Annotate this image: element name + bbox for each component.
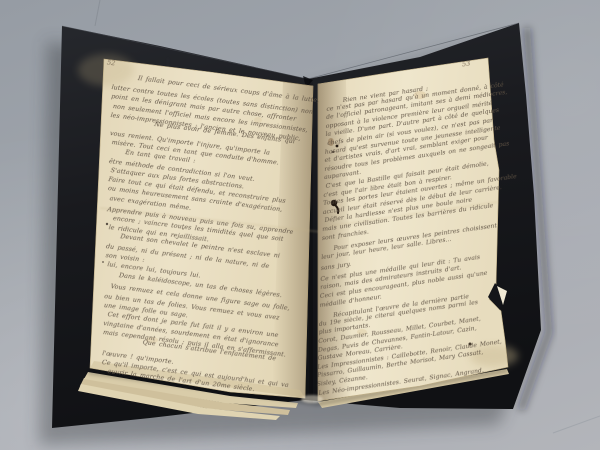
ink-speck — [102, 261, 104, 263]
left-page-number: 52 — [107, 59, 116, 68]
right-page-text: Rien ne vient par hasard ;ce n'est pas p… — [316, 97, 495, 398]
photo-of-manuscript: Il fallait pour ceci de sérieux coups d'… — [0, 0, 600, 450]
right-page-number: 53 — [461, 59, 470, 68]
left-page-text: Il fallait pour ceci de sérieux coups d'… — [101, 74, 318, 377]
table-edge-line — [553, 416, 600, 433]
table-seam-line — [95, 0, 100, 26]
